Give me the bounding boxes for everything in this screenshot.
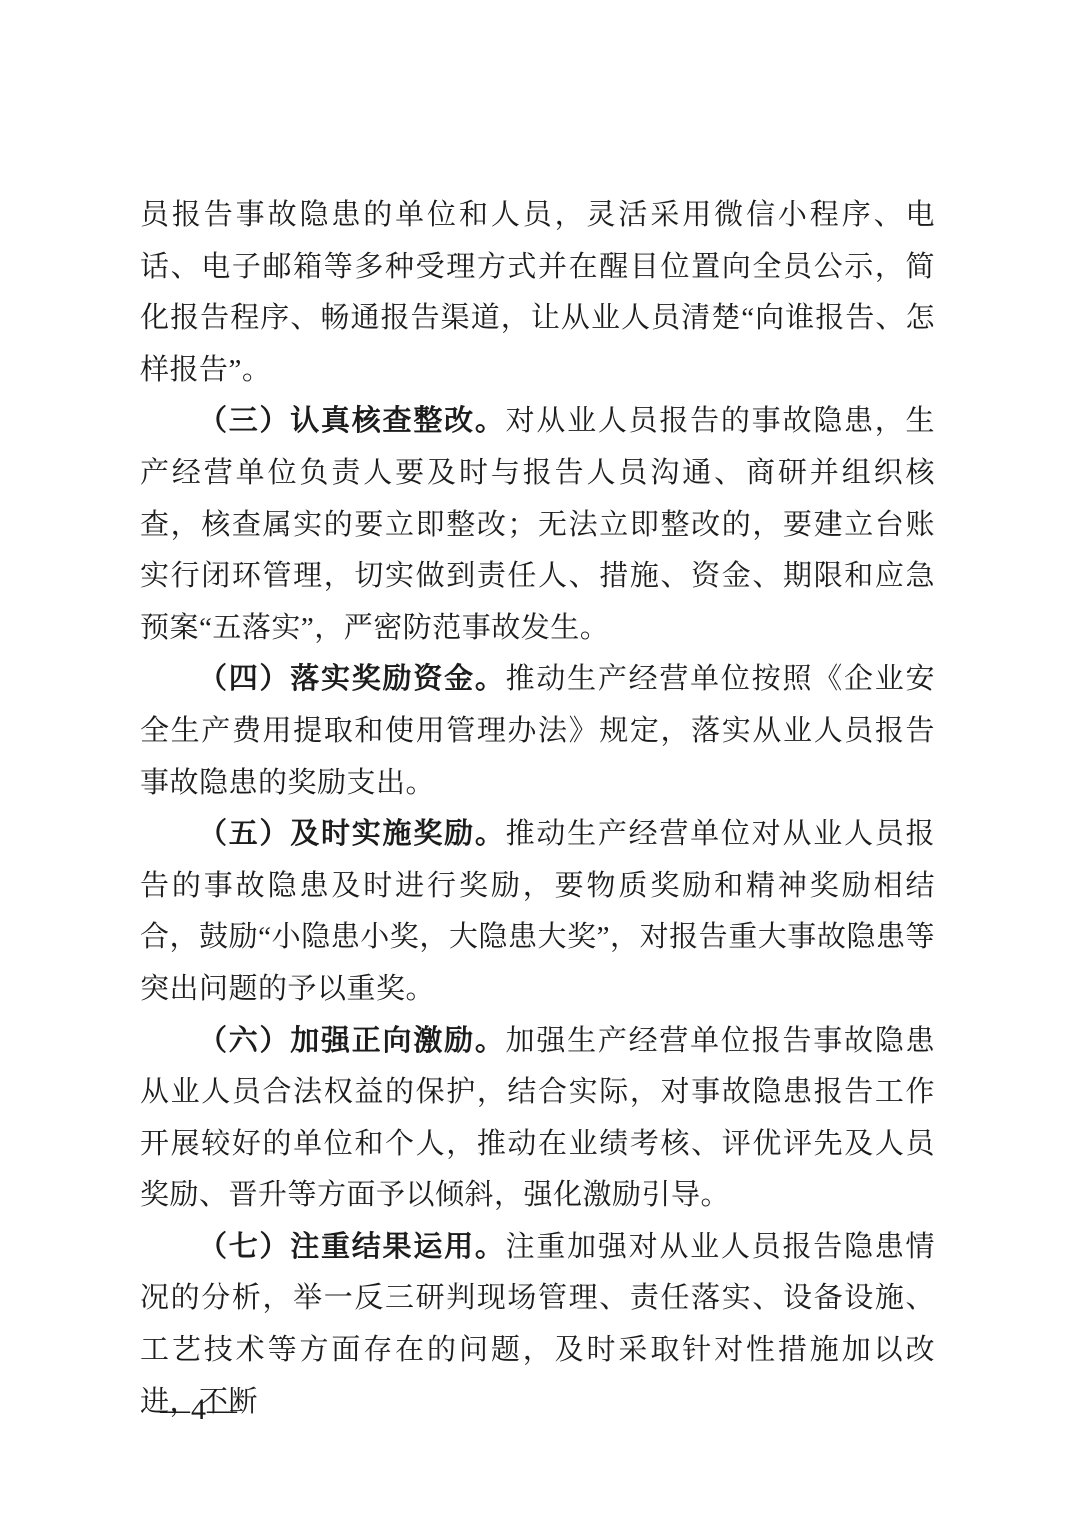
paragraph-section-5: （五）及时实施奖励。推动生产经营单位对从业人员报告的事故隐患及时进行奖励，要物质… (140, 809, 935, 1015)
page-number: —4— (160, 1392, 238, 1428)
document-body: 员报告事故隐患的单位和人员，灵活采用微信小程序、电话、电子邮箱等多种受理方式并在… (140, 190, 935, 1428)
section-5-heading: （五）及时实施奖励。 (198, 818, 506, 850)
document-page: 员报告事故隐患的单位和人员，灵活采用微信小程序、电话、电子邮箱等多种受理方式并在… (0, 0, 1074, 1520)
section-3-heading: （三）认真核查整改。 (198, 405, 506, 437)
paragraph-section-7: （七）注重结果运用。注重加强对从业人员报告隐患情况的分析，举一反三研判现场管理、… (140, 1222, 935, 1428)
paragraph-continuation: 员报告事故隐患的单位和人员，灵活采用微信小程序、电话、电子邮箱等多种受理方式并在… (140, 190, 935, 396)
section-7-heading: （七）注重结果运用。 (198, 1231, 506, 1263)
paragraph-section-4: （四）落实奖励资金。推动生产经营单位按照《企业安全生产费用提取和使用管理办法》规… (140, 654, 935, 809)
paragraph-section-3: （三）认真核查整改。对从业人员报告的事故隐患，生产经营单位负责人要及时与报告人员… (140, 396, 935, 654)
paragraph-text: 员报告事故隐患的单位和人员，灵活采用微信小程序、电话、电子邮箱等多种受理方式并在… (140, 199, 935, 386)
paragraph-section-6: （六）加强正向激励。加强生产经营单位报告事故隐患从业人员合法权益的保护，结合实际… (140, 1016, 935, 1222)
section-6-heading: （六）加强正向激励。 (198, 1025, 506, 1057)
paragraph-text: 对从业人员报告的事故隐患，生产经营单位负责人要及时与报告人员沟通、商研并组织核查… (140, 405, 935, 643)
section-4-heading: （四）落实奖励资金。 (198, 663, 506, 695)
